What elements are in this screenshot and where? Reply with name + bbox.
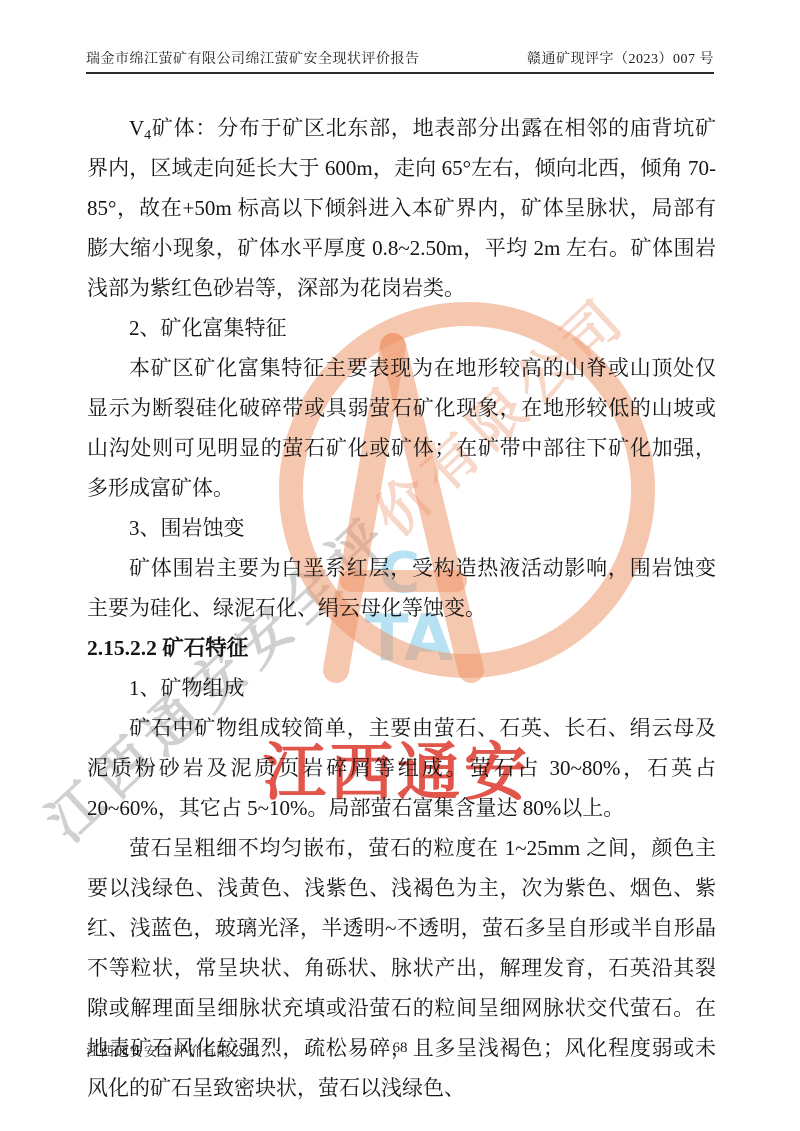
document-page: 江西通安安全评价有限公司 C TA 江西通安 瑞金市绵江萤矿有限公司绵江萤矿安全…	[0, 0, 800, 1131]
paragraph-fluorite-texture: 萤石呈粗细不均匀嵌布，萤石的粒度在 1~25mm 之间，颜色主要以浅绿色、浅黄色…	[87, 828, 716, 1108]
v4-text: 矿体：分布于矿区北东部，地表部分出露在相邻的庙背坑矿界内，区域走向延长大于 60…	[87, 116, 716, 300]
paragraph-mineralization: 本矿区矿化富集特征主要表现为在地形较高的山脊或山顶处仅显示为断裂硅化破碎带或具弱…	[87, 348, 716, 508]
header-report-title: 瑞金市绵江萤矿有限公司绵江萤矿安全现状评价报告	[86, 48, 420, 68]
page-header: 瑞金市绵江萤矿有限公司绵江萤矿安全现状评价报告 赣通矿现评字（2023）007 …	[86, 48, 714, 74]
paragraph-v4-orebody: V4矿体：分布于矿区北东部，地表部分出露在相邻的庙背坑矿界内，区域走向延长大于 …	[87, 108, 716, 308]
footer-page-number: 68	[0, 1040, 800, 1057]
paragraph-mineral-composition: 矿石中矿物组成较简单，主要由萤石、石英、长石、绢云母及泥质粉砂岩及泥质页岩碎屑等…	[87, 708, 716, 828]
page-footer: 江西通安安全评价有限公司 68	[0, 1038, 800, 1062]
sub-heading-wallrock-alteration: 3、围岩蚀变	[87, 508, 716, 548]
paragraph-wallrock-alteration: 矿体围岩主要为白垩系红层，受构造热液活动影响，围岩蚀变主要为硅化、绿泥石化、绢云…	[87, 548, 716, 628]
v4-lead: V	[129, 116, 144, 140]
document-body: V4矿体：分布于矿区北东部，地表部分出露在相邻的庙背坑矿界内，区域走向延长大于 …	[87, 108, 716, 1108]
sub-heading-mineral-composition: 1、矿物组成	[87, 668, 716, 708]
sub-heading-mineralization: 2、矿化富集特征	[87, 308, 716, 348]
section-heading-ore-characteristics: 2.15.2.2 矿石特征	[87, 628, 716, 668]
header-doc-number: 赣通矿现评字（2023）007 号	[527, 48, 714, 68]
